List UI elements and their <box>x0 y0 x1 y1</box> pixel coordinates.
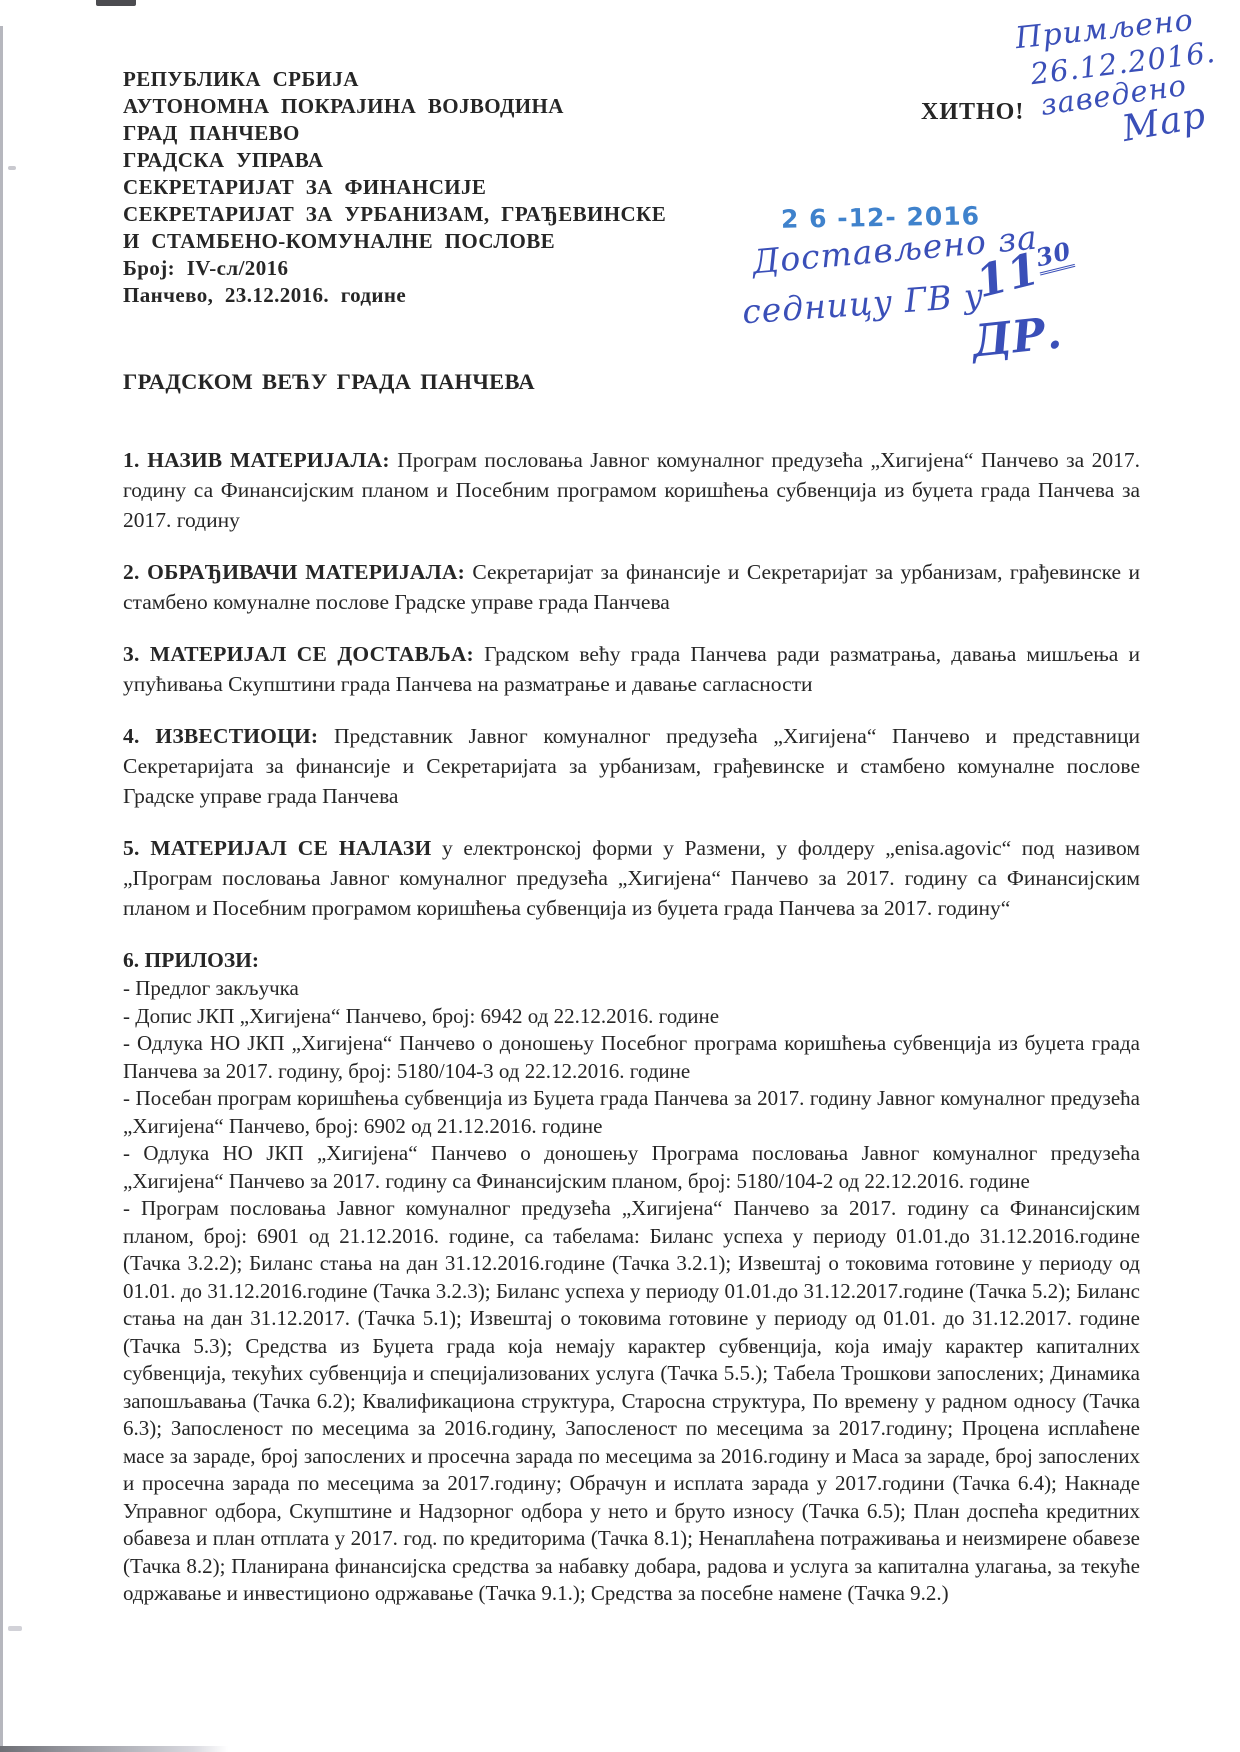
attachments-list: - Предлог закључка - Допис ЈКП „Хигијена… <box>123 975 1140 1608</box>
section-2-processors: 2. ОБРАЂИВАЧИ МАТЕРИЈАЛА: Секретаријат з… <box>123 557 1140 617</box>
section-5-material-location: 5. МАТЕРИЈАЛ СЕ НАЛАЗИ у електронској фо… <box>123 833 1140 923</box>
attachment-item: - Одлука НО ЈКП „Хигијена“ Панчево о дон… <box>123 1030 1140 1085</box>
section-1-material-name: 1. НАЗИВ МАТЕРИЈАЛА: Програм пословања Ј… <box>123 445 1140 535</box>
letterhead-place-date: Панчево, 23.12.2016. године <box>123 282 1140 309</box>
scanned-document-page: ХИТНО! Примљено 26.12.2016. заведено Мар… <box>0 0 1240 1752</box>
letterhead: РЕПУБЛИКА СРБИЈА АУТОНОМНА ПОКРАЈИНА ВОЈ… <box>123 66 1140 309</box>
section-5-label: 5. МАТЕРИЈАЛ СЕ НАЛАЗИ <box>123 836 431 860</box>
letterhead-administration: ГРАДСКА УПРАВА <box>123 147 1140 174</box>
attachments-heading: 6. ПРИЛОЗИ: <box>123 945 1140 975</box>
section-2-label: 2. ОБРАЂИВАЧИ МАТЕРИЈАЛА: <box>123 560 465 584</box>
letterhead-ref-number: Број: IV-сл/2016 <box>123 255 1140 282</box>
scan-speck <box>8 166 16 170</box>
section-3-delivered-to: 3. МАТЕРИЈАЛ СЕ ДОСТАВЉА: Градском већу … <box>123 639 1140 699</box>
section-4-reporters: 4. ИЗВЕСТИОЦИ: Представник Јавног комуна… <box>123 721 1140 811</box>
scan-edge-line <box>0 26 3 1752</box>
section-1-label: 1. НАЗИВ МАТЕРИЈАЛА: <box>123 448 390 472</box>
document-content: РЕПУБЛИКА СРБИЈА АУТОНОМНА ПОКРАЈИНА ВОЈ… <box>123 66 1140 1608</box>
letterhead-province: АУТОНОМНА ПОКРАЈИНА ВОЈВОДИНА <box>123 93 1140 120</box>
attachment-item: - Програм пословања Јавног комуналног пр… <box>123 1195 1140 1608</box>
letterhead-secretariat-urbanism-2: И СТАМБЕНО-КОМУНАЛНЕ ПОСЛОВЕ <box>123 228 1140 255</box>
addressee-line: ГРАДСКОМ ВЕЋУ ГРАДА ПАНЧЕВА <box>123 369 1140 395</box>
attachment-item: - Предлог закључка <box>123 975 1140 1003</box>
letterhead-secretariat-finance: СЕКРЕТАРИЈАТ ЗА ФИНАНСИЈЕ <box>123 174 1140 201</box>
scan-corner-mark <box>96 0 136 6</box>
attachment-item: - Посебан програм коришћења субвенција и… <box>123 1085 1140 1140</box>
scan-bottom-edge <box>0 1746 228 1752</box>
section-4-label: 4. ИЗВЕСТИОЦИ: <box>123 724 318 748</box>
scan-speck <box>8 1626 22 1631</box>
letterhead-city: ГРАД ПАНЧЕВО <box>123 120 1140 147</box>
letterhead-republic: РЕПУБЛИКА СРБИЈА <box>123 66 1140 93</box>
letterhead-secretariat-urbanism: СЕКРЕТАРИЈАТ ЗА УРБАНИЗАМ, ГРАЂЕВИНСКЕ <box>123 201 1140 228</box>
section-3-label: 3. МАТЕРИЈАЛ СЕ ДОСТАВЉА: <box>123 642 474 666</box>
attachment-item: - Допис ЈКП „Хигијена“ Панчево, број: 69… <box>123 1003 1140 1031</box>
attachment-item: - Одлука НО ЈКП „Хигијена“ Панчево о дон… <box>123 1140 1140 1195</box>
